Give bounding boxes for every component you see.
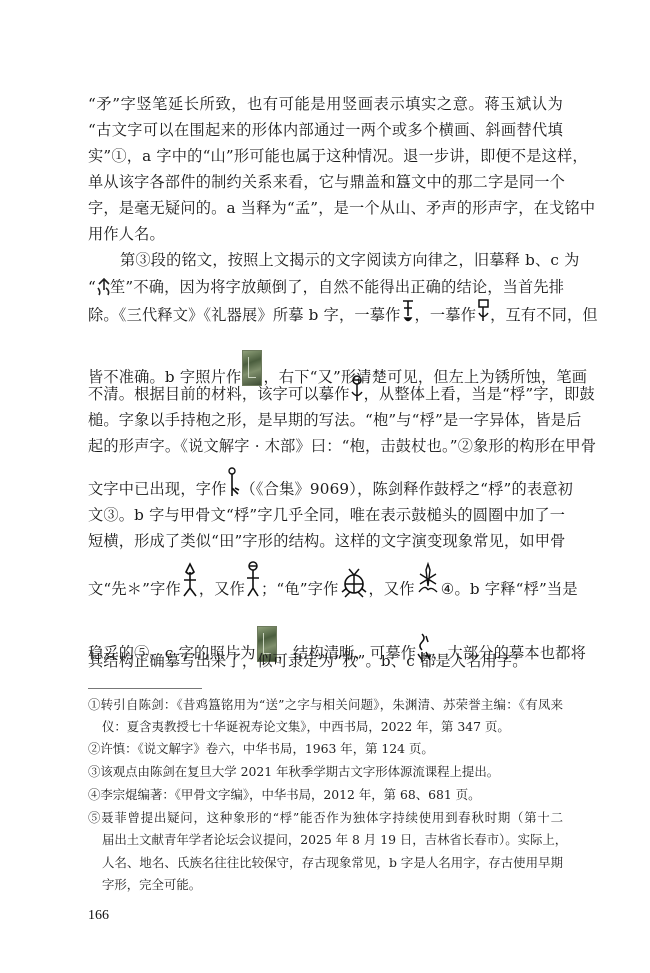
body-text: 笙”不确，因为将字放颠倒了，自然不能得出正确的结论，当首先排 <box>110 278 564 296</box>
body-line: “笙”不确，因为将字放颠倒了，自然不能得出正确的结论，当首先排 <box>88 278 563 296</box>
body-text: ，右下“又”形清楚可见，但左上为锈所蚀，笔画 <box>263 368 587 386</box>
body-line: “矛”字竖笔延长所致，也有可能是用竖画表示填实之意。蒋玉斌认为 <box>88 95 563 113</box>
body-line: 除。《三代释文》《礼器展》所摹 b 字，一摹作，一摹作，互有不同，但 <box>88 306 563 324</box>
body-text: ④。b 字释“桴”当是 <box>441 580 578 598</box>
body-text: ，从整体上看，当是“桴”字，即鼓 <box>364 385 595 403</box>
oracle-gui-glyph-icon <box>339 580 369 598</box>
footnote-1-continued: 仪：夏含夷教授七十华诞祝寿论文集》，中西书局，2022 年，第 347 页。 <box>102 719 563 735</box>
body-line: 槌。字象以手持枹之形，是早期的写法。“枹”与“桴”是一字异体，皆是后 <box>88 411 563 429</box>
body-text: ，一摹作 <box>415 306 477 324</box>
page-number: 166 <box>88 908 109 924</box>
oracle-bone-fu-icon <box>227 480 241 498</box>
photo-character-b <box>242 350 262 386</box>
body-line: 不清。根据目前的材料，该字可以摹作，从整体上看，当是“桴”字，即鼓 <box>88 385 563 403</box>
body-line: 实”①，a 字中的“山”形可能也属于这种情况。退一步讲，即便不是这样， <box>88 147 563 165</box>
body-line: 短横，形成了类似“田”字形的结构。这样的文字演变现象常见，如甲骨 <box>88 532 563 550</box>
body-text: 不清。根据目前的材料，该字可以摹作 <box>88 385 350 403</box>
body-line: 文③。b 字与甲骨文“桴”字几乎全同，唯在表示鼓槌头的圆圈中加了一 <box>88 506 563 524</box>
ancient-glyph-b-tracing-icon <box>401 306 415 324</box>
body-line: 文“先＊”字作，又作；“龟”字作，又作④。b 字释“桴”当是 <box>88 580 563 598</box>
footnote-3: ③该观点由陈剑在复旦大学 2021 年秋季学期古文字形体源流课程上提出。 <box>88 764 563 780</box>
body-line: 其结构正确摹写出来了，似可隶定为“敄”。b、c 都是人名用字。 <box>88 652 563 670</box>
paragraph-start: 第③段的铭文，按照上文揭示的文字阅读方向律之，旧摹释 b、c 为 <box>120 251 563 269</box>
body-line: 单从该字各部件的制约关系来看，它与鼎盖和簋文中的那二字是同一个 <box>88 173 563 191</box>
body-line: “古文字可以在围起来的形体内部通过一两个或多个横画、斜画替代填 <box>88 121 563 139</box>
body-text: （《合集》9069），陈剑释作鼓桴之“桴”的表意初 <box>241 480 574 498</box>
body-line: 起的形声字。《说文解字 · 木部》曰：“枹，击鼓杖也。”②象形的构形在甲骨 <box>88 437 563 455</box>
body-line: 用作人名。 <box>88 225 563 243</box>
oracle-gui-glyph-2-icon <box>415 580 441 598</box>
footnote-5-continued: 字形，完全可能。 <box>102 877 563 893</box>
footnote-divider <box>88 688 202 689</box>
body-text: 文字中已出现，字作 <box>88 480 227 498</box>
open-quote: “ <box>88 278 96 296</box>
body-text: ；“龟”字作 <box>261 580 338 598</box>
body-text: 皆不准确。b 字照片作 <box>88 368 241 386</box>
footnote-5: ⑤聂菲曾提出疑问，这种象形的“桴”能否作为独体字持续使用到春秋时期（第十二 <box>88 810 563 826</box>
ancient-glyph-b-tracing-2-icon <box>476 306 490 324</box>
body-text: 除。《三代释文》《礼器展》所摹 b 字，一摹作 <box>88 306 401 324</box>
oracle-xian-glyph-2-icon <box>245 580 261 598</box>
footnote-4: ④李宗焜编著：《甲骨文字编》，中华书局，2012 年，第 68、681 页。 <box>88 787 563 803</box>
ancient-character-icon <box>96 278 110 296</box>
glyph-b-tracing-icon <box>350 385 364 403</box>
footnote-5-continued: 人名、地名、氏族名往往比较保守，存古现象常见，b 字是人名用字，存古使用早期 <box>102 855 563 871</box>
footnote-2: ②许慎：《说文解字》卷六，中华书局，1963 年，第 124 页。 <box>88 741 563 757</box>
footnote-1: ①转引自陈剑：《昔鸡簋铭用为“送”之字与相关问题》，朱渊清、苏荣誉主编：《有凤来 <box>88 697 563 713</box>
body-line: 文字中已出现，字作（《合集》9069），陈剑释作鼓桴之“桴”的表意初 <box>88 480 563 498</box>
body-text: ，又作 <box>369 580 415 598</box>
body-line: 皆不准确。b 字照片作，右下“又”形清楚可见，但左上为锈所蚀，笔画 <box>88 350 563 386</box>
oracle-xian-glyph-icon <box>181 580 199 598</box>
body-text: ，互有不同，但 <box>490 306 598 324</box>
body-text: ，又作 <box>199 580 245 598</box>
footnote-5-continued: 届出土文献青年学者论坛会议提问，2025 年 8 月 19 日，吉林省长春市）。… <box>102 832 563 848</box>
body-text: 文“先＊”字作 <box>88 580 181 598</box>
body-line: 字，是毫无疑问的。a 当释为“孟”，是一个从山、矛声的形声字，在戈铭中 <box>88 199 563 217</box>
